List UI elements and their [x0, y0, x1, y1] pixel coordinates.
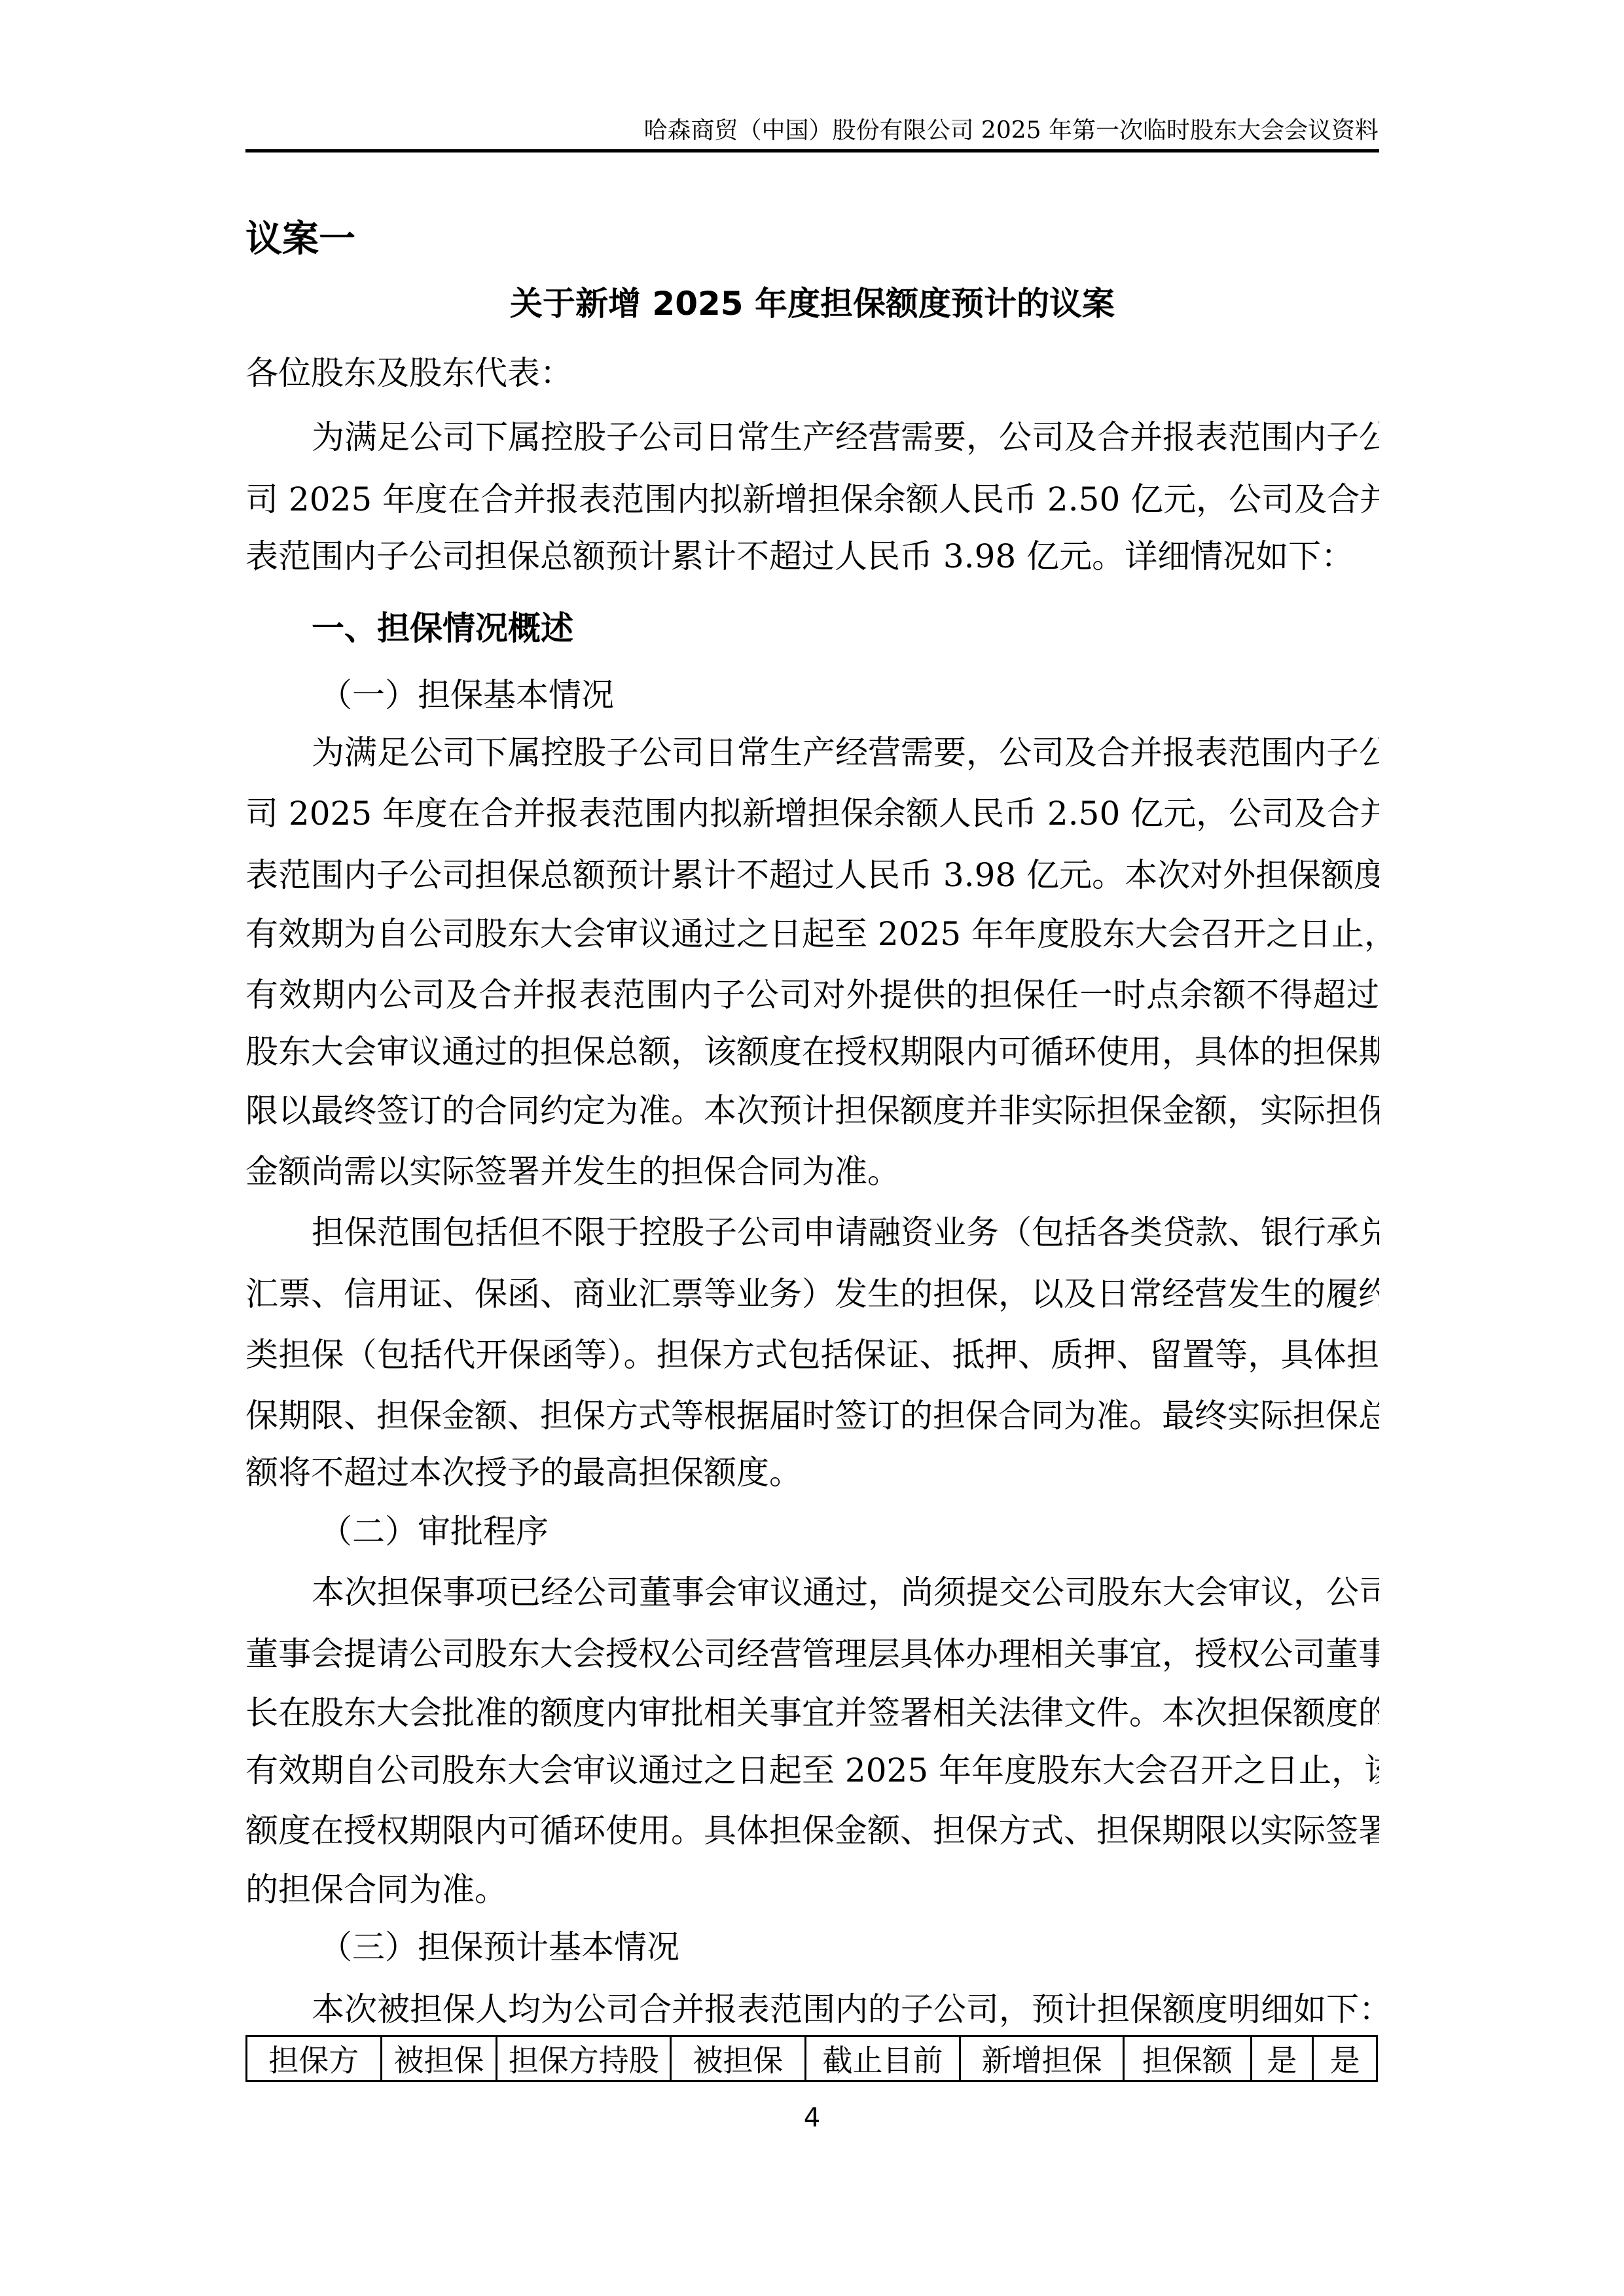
table-header-cell: 新增担保 [960, 2036, 1124, 2081]
section-heading-overview: 一、担保情况概述 [312, 610, 573, 647]
intro-line: 表范围内子公司担保总额预计累计不超过人民币 3.98 亿元。详细情况如下： [245, 538, 1379, 575]
paragraph-line: 额度在授权期限内可循环使用。具体担保金额、担保方式、担保期限以实际签署 [245, 1812, 1379, 1849]
intro-line: 司 2025 年度在合并报表范围内拟新增担保余额人民币 2.50 亿元，公司及合… [245, 481, 1379, 518]
paragraph-line: 有效期自公司股东大会审议通过之日起至 2025 年年度股东大会召开之日止，该 [245, 1752, 1379, 1789]
table-header-cell: 被担保 [671, 2036, 806, 2081]
page-number: 4 [0, 2102, 1624, 2134]
paragraph-line: 本次被担保人均为公司合并报表范围内的子公司，预计担保额度明细如下： [312, 1991, 1379, 2028]
table-header-cell: 担保额 [1123, 2036, 1251, 2081]
motion-number: 议案一 [245, 220, 355, 259]
paragraph-line: 类担保（包括代开保函等）。担保方式包括保证、抵押、质押、留置等，具体担 [245, 1336, 1379, 1373]
table-header-cell: 担保方持股 [497, 2036, 671, 2081]
paragraph-line: 有效期内公司及合并报表范围内子公司对外提供的担保任一时点余额不得超过 [245, 977, 1379, 1013]
table-header-cell: 截止目前 [805, 2036, 960, 2081]
paragraph-line: 为满足公司下属控股子公司日常生产经营需要，公司及合并报表范围内子公 [312, 734, 1379, 771]
paragraph-line: 司 2025 年度在合并报表范围内拟新增担保余额人民币 2.50 亿元，公司及合… [245, 795, 1379, 832]
paragraph-line: 本次担保事项已经公司董事会审议通过，尚须提交公司股东大会审议，公司 [312, 1574, 1379, 1611]
table-header-cell: 担保方 [247, 2036, 382, 2081]
paragraph-line: 董事会提请公司股东大会授权公司经营管理层具体办理相关事宜，授权公司董事 [245, 1636, 1379, 1672]
paragraph-line: 长在股东大会批准的额度内审批相关事宜并签署相关法律文件。本次担保额度的 [245, 1695, 1379, 1731]
paragraph-line: 的担保合同为准。 [245, 1871, 1379, 1908]
header-rule [245, 149, 1379, 152]
table-header-cell: 是 [1251, 2036, 1313, 2081]
paragraph-line: 汇票、信用证、保函、商业汇票等业务）发生的担保，以及日常经营发生的履约 [245, 1276, 1379, 1312]
paragraph-line: 保期限、担保金额、担保方式等根据届时签订的担保合同为准。最终实际担保总 [245, 1397, 1379, 1434]
paragraph-line: 股东大会审议通过的担保总额，该额度在授权期限内可循环使用，具体的担保期 [245, 1033, 1379, 1070]
salutation: 各位股东及股东代表： [245, 355, 1379, 391]
table-header-cell: 被担保 [381, 2036, 497, 2081]
paragraph-line: 有效期为自公司股东大会审议通过之日起至 2025 年年度股东大会召开之日止， [245, 916, 1379, 952]
intro-line: 为满足公司下属控股子公司日常生产经营需要，公司及合并报表范围内子公 [312, 419, 1379, 456]
table-header-row: 担保方 被担保 担保方持股 被担保 截止目前 新增担保 担保额 是 是 [247, 2036, 1377, 2081]
subsection-heading-estimate: （三）担保预计基本情况 [319, 1929, 679, 1965]
paragraph-line: 限以最终签订的合同约定为准。本次预计担保额度并非实际担保金额，实际担保 [245, 1092, 1379, 1129]
paragraph-line: 额将不超过本次授予的最高担保额度。 [245, 1454, 1379, 1491]
paragraph-line: 表范围内子公司担保总额预计累计不超过人民币 3.98 亿元。本次对外担保额度 [245, 857, 1379, 893]
paragraph-line: 担保范围包括但不限于控股子公司申请融资业务（包括各类贷款、银行承兑 [312, 1214, 1379, 1251]
motion-title: 关于新增 2025 年度担保额度预计的议案 [245, 285, 1379, 322]
table-header-cell: 是 [1313, 2036, 1377, 2081]
subsection-heading-basic: （一）担保基本情况 [319, 677, 614, 713]
subsection-heading-approval: （二）审批程序 [319, 1513, 549, 1550]
guarantee-table: 担保方 被担保 担保方持股 被担保 截止目前 新增担保 担保额 是 是 [245, 2035, 1378, 2082]
running-header: 哈森商贸（中国）股份有限公司 2025 年第一次临时股东大会会议资料 [643, 117, 1379, 145]
paragraph-line: 金额尚需以实际签署并发生的担保合同为准。 [245, 1153, 1379, 1190]
document-page: 哈森商贸（中国）股份有限公司 2025 年第一次临时股东大会会议资料 议案一 关… [0, 0, 1624, 2296]
